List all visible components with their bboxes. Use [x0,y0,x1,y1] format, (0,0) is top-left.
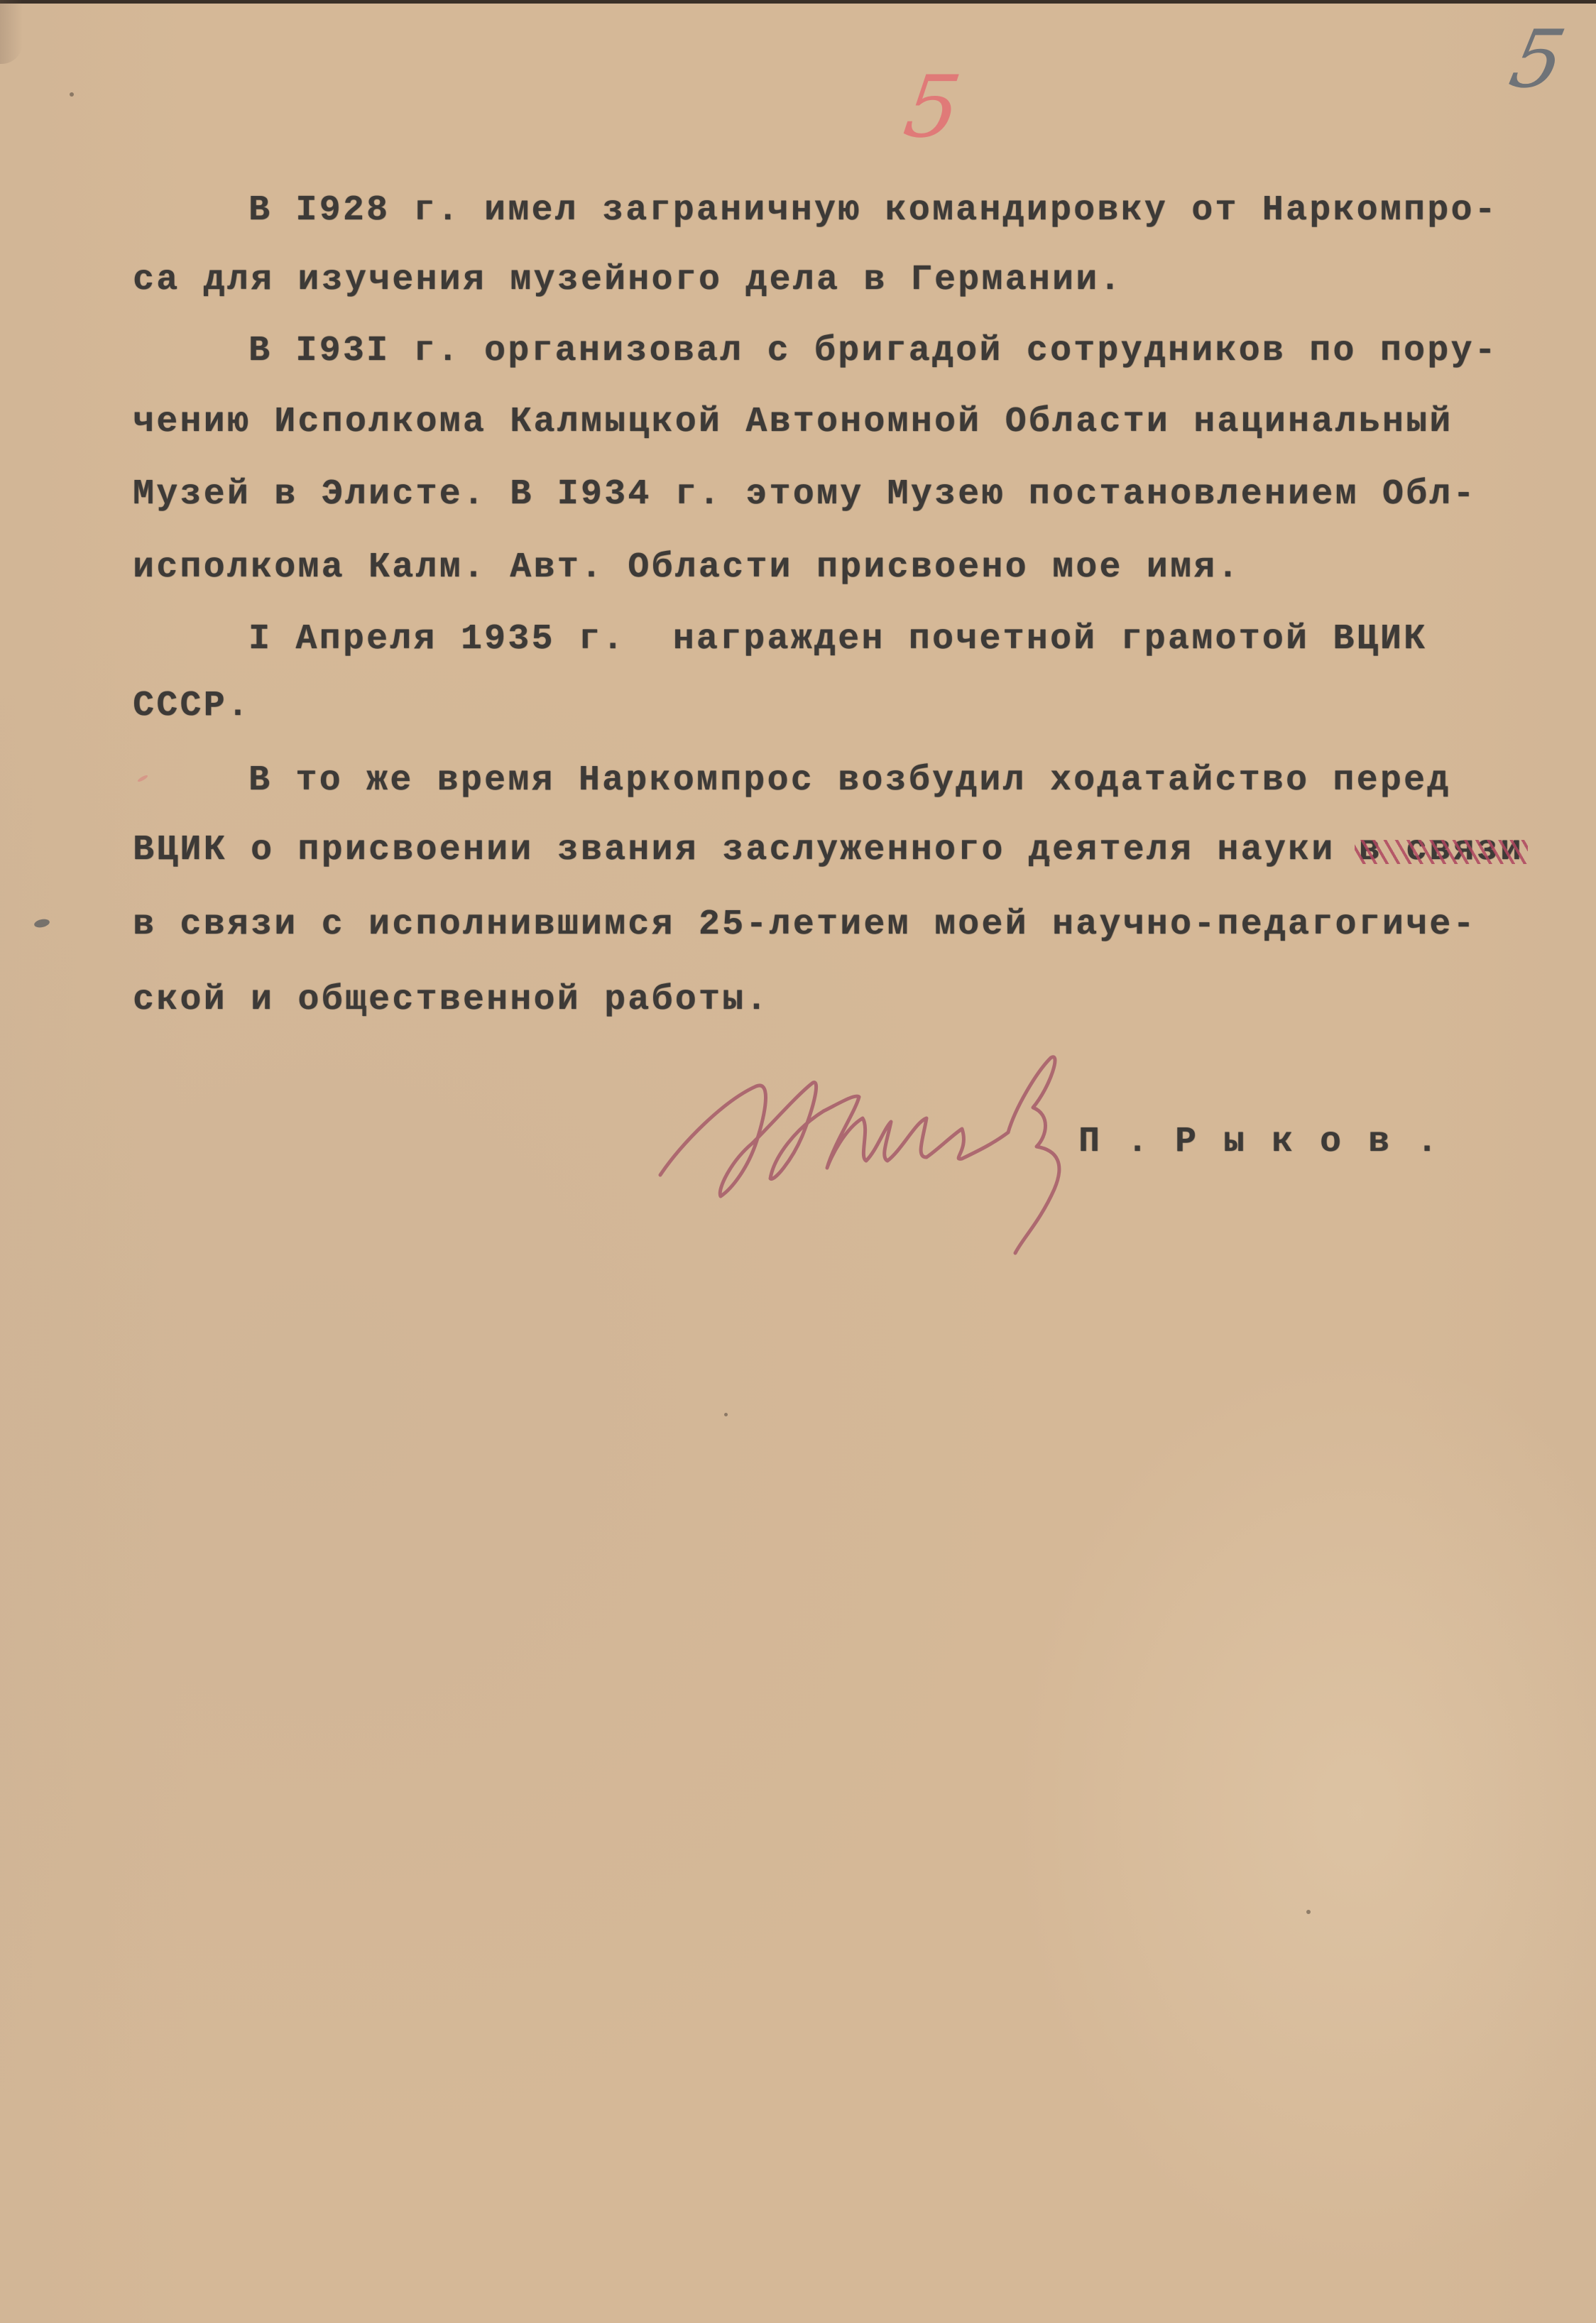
paper-speck [1047,859,1050,862]
text-line-8: СССР. [133,689,251,724]
text-line-9: В то же время Наркомпрос возбудил ходата… [248,763,1450,799]
text-line-2: са для изучения музейного дела в Германи… [133,263,1123,298]
paper-speck [70,92,74,97]
text-line-1: В I928 г. имел заграничную командировку … [248,193,1498,229]
text-line-7: I Апреля 1935 г. награжден почетной грам… [248,622,1427,657]
text-line-10: ВЦИК о присвоении звания заслуженного де… [133,833,1524,868]
text-line-6: исполкома Калм. Авт. Области присвоено м… [133,550,1241,586]
handwritten-signature-icon [653,1044,1079,1257]
text-line-10-body: ВЦИК о присвоении звания заслуженного де… [133,830,1359,870]
text-line-3: В I93I г. организовал с бригадой сотрудн… [248,334,1498,369]
scan-top-edge [0,0,1596,4]
paper-speck [1306,1910,1311,1914]
text-line-12: ской и общественной работы. [133,983,770,1018]
paper-speck [724,1413,728,1416]
struck-out-text: в связи [1359,833,1524,868]
text-line-4: чению Исполкома Калмыцкой Автономной Обл… [133,405,1453,440]
text-line-11: в связи с исполнившимся 25-летием моей н… [133,907,1477,943]
text-line-5: Музей в Элисте. В I934 г. этому Музею по… [133,477,1477,513]
typed-signature-name: П.Рыков. [1078,1125,1465,1160]
